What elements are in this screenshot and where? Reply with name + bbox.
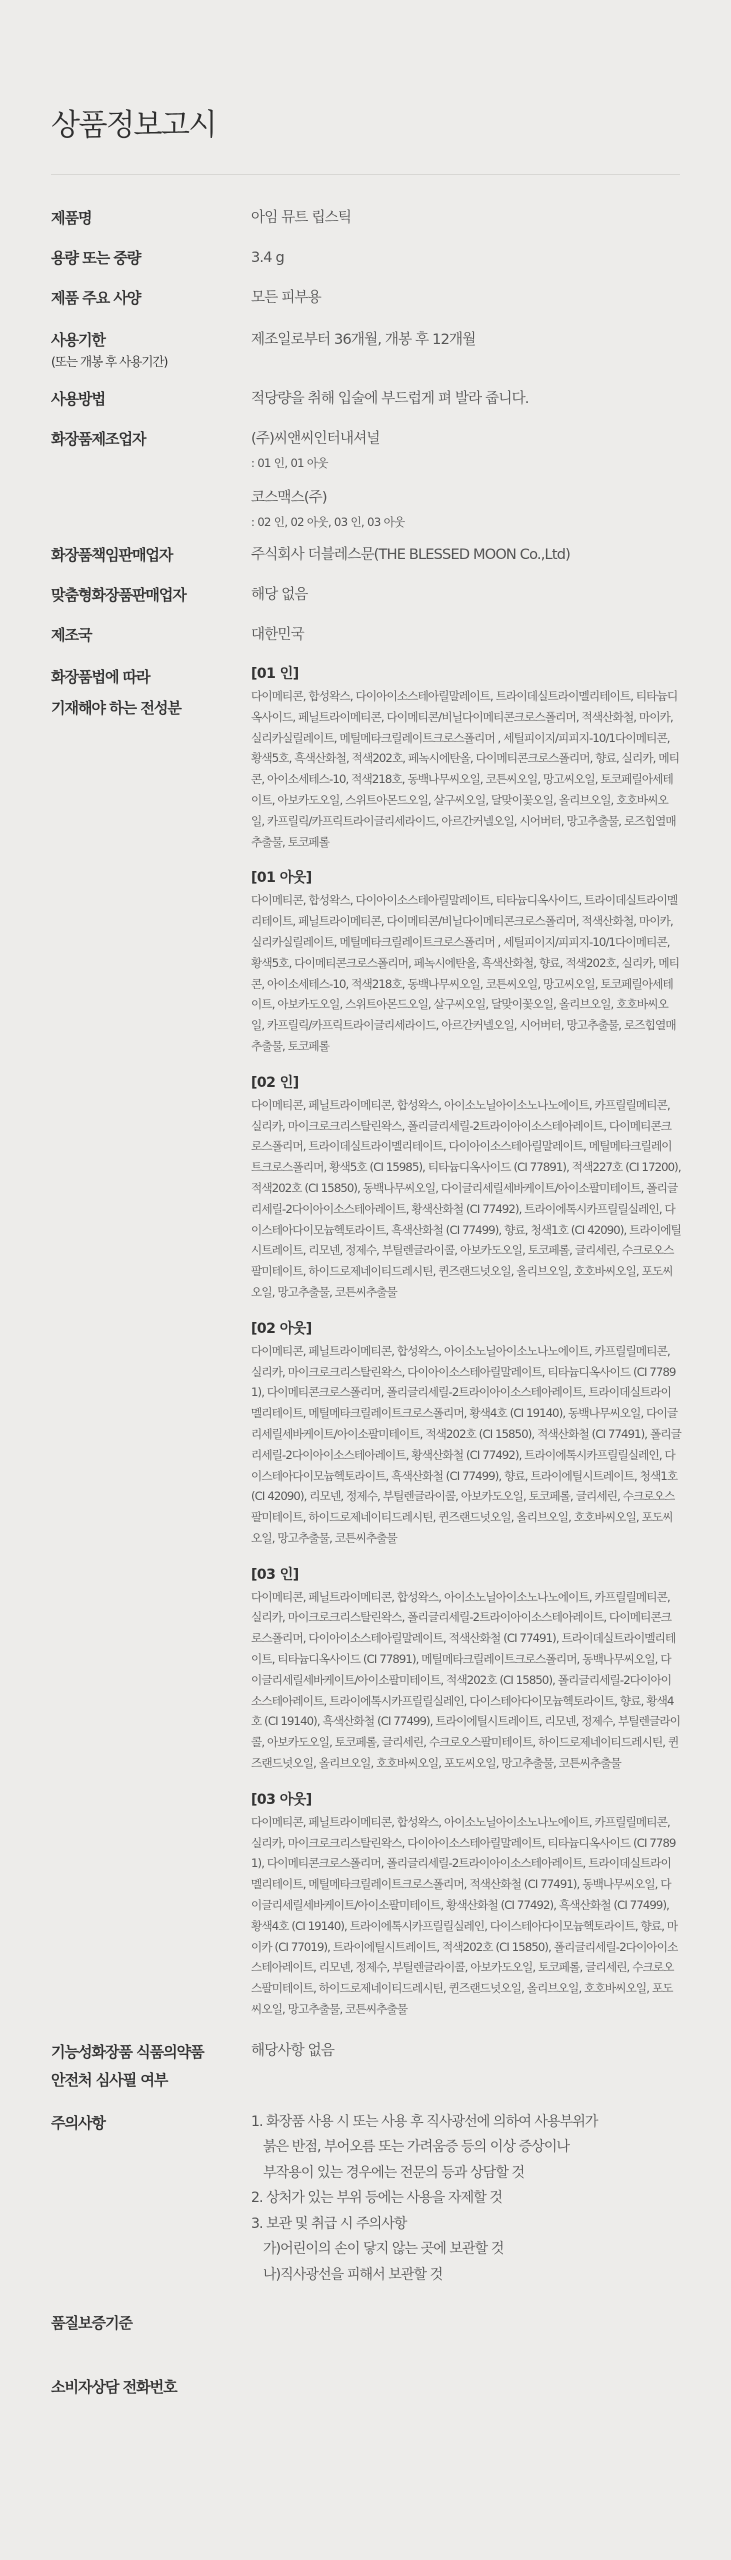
- value-country: 대한민국: [251, 622, 681, 649]
- ingredient-heading: [02 아웃]: [251, 1317, 681, 1341]
- value-functional-cosmetic: 해당사항 없음: [251, 2038, 681, 2065]
- label-spec: 제품 주요 사양: [51, 285, 251, 312]
- caution-item-3: 3. 보관 및 취급 시 주의사항: [251, 2212, 681, 2238]
- row-ingredients: 화장품법에 따라 기재해야 하는 전성분 [01 인] 다이메티콘, 합성왁스,…: [51, 662, 681, 2034]
- manufacturer-2-name: 코스맥스(주): [251, 485, 681, 512]
- ingredient-text: 다이메티콘, 합성왁스, 다이아이소스테아릴말레이트, 트라이데실트라이멜리테이…: [251, 686, 681, 852]
- ingredient-heading: [01 인]: [251, 662, 681, 686]
- label-caution: 주의사항: [51, 2110, 251, 2137]
- caution-item-1-cont: 붉은 반점, 부어오름 또는 가려움증 등의 이상 증상이나: [251, 2135, 681, 2161]
- value-weight: 3.4 g: [251, 245, 681, 272]
- label-functional-cosmetic: 기능성화장품 식품의약품 안전처 심사필 여부: [51, 2038, 251, 2094]
- label-quality-standard: 품질보증기준: [51, 2310, 251, 2337]
- label-ingredients-line2: 기재해야 하는 전성분: [51, 693, 251, 724]
- value-seller: 주식회사 더블레스문(THE BLESSED MOON Co.,Ltd): [251, 542, 681, 569]
- label-ingredients: 화장품법에 따라 기재해야 하는 전성분: [51, 662, 251, 724]
- ingredient-text: 다이메티콘, 페닐트라이메티콘, 합성왁스, 아이소노닐아이소노나노에이트, 카…: [251, 1812, 681, 2020]
- row-usage: 사용방법 적당량을 취해 입술에 부드럽게 펴 발라 줍니다.: [51, 386, 681, 426]
- manufacturer-1-note: : 01 인, 01 아웃: [251, 453, 681, 473]
- value-custom-seller: 해당 없음: [251, 582, 681, 609]
- caution-list: 1. 화장품 사용 시 또는 사용 후 직사광선에 의하여 사용부위가 붉은 반…: [251, 2110, 681, 2289]
- ingredient-block-01-out: [01 아웃] 다이메티콘, 합성왁스, 다이아이소스테아릴말레이트, 티타늄디…: [251, 866, 681, 1056]
- value-product-name: 아임 뮤트 립스틱: [251, 205, 681, 232]
- row-expiry: 사용기한 (또는 개봉 후 사용기간) 제조일로부터 36개월, 개봉 후 12…: [51, 327, 681, 386]
- ingredient-heading: [01 아웃]: [251, 866, 681, 890]
- caution-item-2: 2. 상처가 있는 부위 등에는 사용을 자제할 것: [251, 2186, 681, 2212]
- ingredient-block-01-in: [01 인] 다이메티콘, 합성왁스, 다이아이소스테아릴말레이트, 트라이데실…: [251, 662, 681, 852]
- ingredient-heading: [02 인]: [251, 1071, 681, 1095]
- label-functional-line1: 기능성화장품 식품의약품: [51, 2038, 251, 2066]
- label-expiry-sub: (또는 개봉 후 사용기간): [51, 354, 251, 370]
- caution-item-1: 1. 화장품 사용 시 또는 사용 후 직사광선에 의하여 사용부위가: [251, 2110, 681, 2136]
- ingredient-text: 다이메티콘, 합성왁스, 다이아이소스테아릴말레이트, 티타늄디옥사이드, 트라…: [251, 890, 681, 1056]
- ingredient-block-03-out: [03 아웃] 다이메티콘, 페닐트라이메티콘, 합성왁스, 아이소노닐아이소노…: [251, 1788, 681, 2020]
- ingredient-text: 다이메티콘, 페닐트라이메티콘, 합성왁스, 아이소노닐아이소노나노에이트, 카…: [251, 1341, 681, 1549]
- label-functional-line2: 안전처 심사필 여부: [51, 2066, 251, 2094]
- label-consumer-phone: 소비자상담 전화번호: [51, 2374, 251, 2401]
- value-ingredients: [01 인] 다이메티콘, 합성왁스, 다이아이소스테아릴말레이트, 트라이데실…: [251, 662, 681, 2034]
- ingredient-text: 다이메티콘, 페닐트라이메티콘, 합성왁스, 아이소노닐아이소노나노에이트, 카…: [251, 1095, 681, 1303]
- info-table: 제품명 아임 뮤트 립스틱 용량 또는 중량 3.4 g 제품 주요 사양 모든…: [51, 205, 681, 2414]
- row-quality-standard: 품질보증기준: [51, 2310, 681, 2374]
- caution-item-3b: 나)직사광선을 피해서 보관할 것: [251, 2263, 681, 2289]
- label-expiry-main: 사용기한: [51, 327, 251, 354]
- label-country: 제조국: [51, 622, 251, 649]
- ingredient-text: 다이메티콘, 페닐트라이메티콘, 합성왁스, 아이소노닐아이소노나노에이트, 카…: [251, 1587, 681, 1774]
- label-weight: 용량 또는 중량: [51, 245, 251, 272]
- label-usage: 사용방법: [51, 386, 251, 413]
- caution-item-3a: 가)어린이의 손이 닿지 않는 곳에 보관할 것: [251, 2237, 681, 2263]
- ingredient-block-02-in: [02 인] 다이메티콘, 페닐트라이메티콘, 합성왁스, 아이소노닐아이소노나…: [251, 1071, 681, 1303]
- manufacturer-2-note: : 02 인, 02 아웃, 03 인, 03 아웃: [251, 512, 681, 532]
- label-expiry: 사용기한 (또는 개봉 후 사용기간): [51, 327, 251, 370]
- row-consumer-phone: 소비자상담 전화번호: [51, 2374, 681, 2414]
- value-spec: 모든 피부용: [251, 285, 681, 312]
- ingredient-block-02-out: [02 아웃] 다이메티콘, 페닐트라이메티콘, 합성왁스, 아이소노닐아이소노…: [251, 1317, 681, 1549]
- value-usage: 적당량을 취해 입술에 부드럽게 펴 발라 줍니다.: [251, 386, 681, 413]
- label-product-name: 제품명: [51, 205, 251, 232]
- row-weight: 용량 또는 중량 3.4 g: [51, 245, 681, 285]
- row-product-name: 제품명 아임 뮤트 립스틱: [51, 205, 681, 245]
- title-divider: [51, 174, 680, 175]
- label-ingredients-line1: 화장품법에 따라: [51, 662, 251, 693]
- page-title: 상품정보고시: [51, 100, 216, 144]
- label-manufacturer: 화장품제조업자: [51, 426, 251, 453]
- row-spec: 제품 주요 사양 모든 피부용: [51, 285, 681, 327]
- row-caution: 주의사항 1. 화장품 사용 시 또는 사용 후 직사광선에 의하여 사용부위가…: [51, 2110, 681, 2310]
- row-country: 제조국 대한민국: [51, 622, 681, 662]
- row-manufacturer: 화장품제조업자 (주)씨앤씨인터내셔널 : 01 인, 01 아웃 코스맥스(주…: [51, 426, 681, 542]
- label-custom-seller: 맞춤형화장품판매업자: [51, 582, 251, 609]
- ingredient-block-03-in: [03 인] 다이메티콘, 페닐트라이메티콘, 합성왁스, 아이소노닐아이소노나…: [251, 1563, 681, 1774]
- row-functional-cosmetic: 기능성화장품 식품의약품 안전처 심사필 여부 해당사항 없음: [51, 2038, 681, 2110]
- value-caution: 1. 화장품 사용 시 또는 사용 후 직사광선에 의하여 사용부위가 붉은 반…: [251, 2110, 681, 2289]
- value-expiry: 제조일로부터 36개월, 개봉 후 12개월: [251, 327, 681, 354]
- label-seller: 화장품책임판매업자: [51, 542, 251, 569]
- caution-item-1-cont: 부작용이 있는 경우에는 전문의 등과 상담할 것: [251, 2161, 681, 2187]
- value-manufacturer: (주)씨앤씨인터내셔널 : 01 인, 01 아웃 코스맥스(주) : 02 인…: [251, 426, 681, 532]
- ingredient-heading: [03 아웃]: [251, 1788, 681, 1812]
- manufacturer-1-name: (주)씨앤씨인터내셔널: [251, 426, 681, 453]
- ingredient-heading: [03 인]: [251, 1563, 681, 1587]
- row-custom-seller: 맞춤형화장품판매업자 해당 없음: [51, 582, 681, 622]
- row-seller: 화장품책임판매업자 주식회사 더블레스문(THE BLESSED MOON Co…: [51, 542, 681, 582]
